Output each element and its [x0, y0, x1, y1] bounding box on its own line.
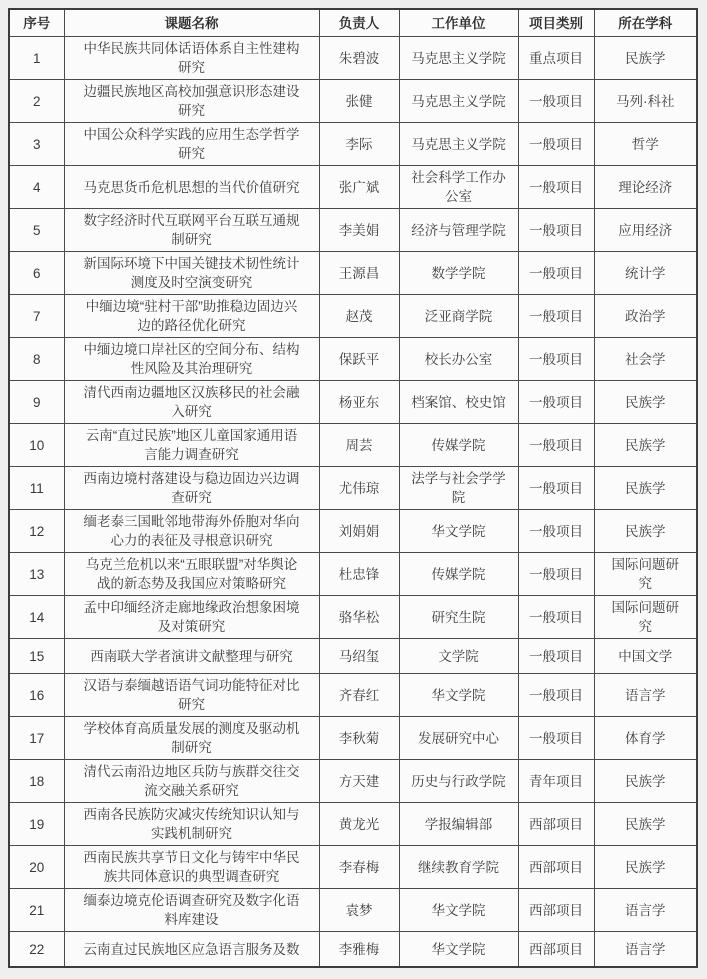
cell-no: 6: [9, 252, 64, 295]
cell-unit: 马克思主义学院: [399, 37, 518, 80]
cell-category: 西部项目: [518, 889, 594, 932]
table-row: 14孟中印缅经济走廊地缘政治想象困境及对策研究骆华松研究生院一般项目国际问题研究: [9, 596, 697, 639]
column-header: 负责人: [319, 9, 399, 37]
table-row: 15西南联大学者演讲文献整理与研究马绍玺文学院一般项目中国文学: [9, 639, 697, 674]
cell-discipline: 民族学: [594, 510, 697, 553]
cell-no: 14: [9, 596, 64, 639]
cell-unit: 学报编辑部: [399, 803, 518, 846]
cell-no: 1: [9, 37, 64, 80]
cell-title: 乌克兰危机以来“五眼联盟”对华舆论战的新态势及我国应对策略研究: [64, 553, 319, 596]
cell-title: 清代西南边疆地区汉族移民的社会融入研究: [64, 381, 319, 424]
table-row: 18清代云南沿边地区兵防与族群交往交流交融关系研究方天建历史与行政学院青年项目民…: [9, 760, 697, 803]
cell-discipline: 民族学: [594, 803, 697, 846]
cell-leader: 李春梅: [319, 846, 399, 889]
cell-title: 缅老泰三国毗邻地带海外侨胞对华向心力的表征及寻根意识研究: [64, 510, 319, 553]
cell-category: 一般项目: [518, 639, 594, 674]
cell-leader: 周芸: [319, 424, 399, 467]
cell-leader: 黄龙光: [319, 803, 399, 846]
table-row: 4马克思货币危机思想的当代价值研究张广斌社会科学工作办公室一般项目理论经济: [9, 166, 697, 209]
cell-no: 11: [9, 467, 64, 510]
cell-category: 重点项目: [518, 37, 594, 80]
cell-leader: 张广斌: [319, 166, 399, 209]
cell-leader: 李美娟: [319, 209, 399, 252]
cell-category: 一般项目: [518, 209, 594, 252]
cell-unit: 马克思主义学院: [399, 80, 518, 123]
projects-table: 序号课题名称负责人工作单位项目类别所在学科 1中华民族共同体话语体系自主性建构研…: [8, 8, 698, 968]
cell-leader: 李雅梅: [319, 932, 399, 968]
table-row: 22云南直过民族地区应急语言服务及数李雅梅华文学院西部项目语言学: [9, 932, 697, 968]
cell-unit: 文学院: [399, 639, 518, 674]
cell-unit: 发展研究中心: [399, 717, 518, 760]
cell-category: 西部项目: [518, 803, 594, 846]
cell-title: 学校体育高质量发展的测度及驱动机制研究: [64, 717, 319, 760]
cell-no: 20: [9, 846, 64, 889]
table-row: 5数字经济时代互联网平台互联互通规制研究李美娟经济与管理学院一般项目应用经济: [9, 209, 697, 252]
cell-unit: 华文学院: [399, 510, 518, 553]
cell-no: 10: [9, 424, 64, 467]
cell-category: 一般项目: [518, 424, 594, 467]
table-body: 1中华民族共同体话语体系自主性建构研究朱碧波马克思主义学院重点项目民族学2边疆民…: [9, 37, 697, 968]
cell-leader: 李际: [319, 123, 399, 166]
cell-category: 一般项目: [518, 80, 594, 123]
cell-leader: 杨亚东: [319, 381, 399, 424]
cell-discipline: 哲学: [594, 123, 697, 166]
cell-discipline: 民族学: [594, 424, 697, 467]
table-row: 6新国际环境下中国关键技术韧性统计测度及时空演变研究王源昌数学学院一般项目统计学: [9, 252, 697, 295]
cell-no: 5: [9, 209, 64, 252]
cell-discipline: 语言学: [594, 889, 697, 932]
column-header: 所在学科: [594, 9, 697, 37]
cell-discipline: 中国文学: [594, 639, 697, 674]
cell-no: 7: [9, 295, 64, 338]
cell-unit: 华文学院: [399, 674, 518, 717]
column-header: 课题名称: [64, 9, 319, 37]
cell-leader: 李秋菊: [319, 717, 399, 760]
cell-unit: 社会科学工作办公室: [399, 166, 518, 209]
cell-discipline: 语言学: [594, 674, 697, 717]
cell-title: 数字经济时代互联网平台互联互通规制研究: [64, 209, 319, 252]
cell-category: 一般项目: [518, 596, 594, 639]
cell-no: 13: [9, 553, 64, 596]
table-row: 20西南民族共享节日文化与铸牢中华民族共同体意识的典型调查研究李春梅继续教育学院…: [9, 846, 697, 889]
cell-unit: 华文学院: [399, 889, 518, 932]
cell-leader: 骆华松: [319, 596, 399, 639]
table-row: 21缅泰边境克伦语调查研究及数字化语料库建设袁梦华文学院西部项目语言学: [9, 889, 697, 932]
cell-title: 云南“直过民族”地区儿童国家通用语言能力调查研究: [64, 424, 319, 467]
cell-leader: 马绍玺: [319, 639, 399, 674]
cell-category: 一般项目: [518, 381, 594, 424]
cell-category: 一般项目: [518, 295, 594, 338]
cell-discipline: 民族学: [594, 846, 697, 889]
cell-unit: 历史与行政学院: [399, 760, 518, 803]
table-row: 9清代西南边疆地区汉族移民的社会融入研究杨亚东档案馆、校史馆一般项目民族学: [9, 381, 697, 424]
cell-unit: 法学与社会学学院: [399, 467, 518, 510]
cell-discipline: 应用经济: [594, 209, 697, 252]
cell-unit: 传媒学院: [399, 553, 518, 596]
cell-unit: 档案馆、校史馆: [399, 381, 518, 424]
table-row: 8中缅边境口岸社区的空间分布、结构性风险及其治理研究保跃平校长办公室一般项目社会…: [9, 338, 697, 381]
cell-no: 17: [9, 717, 64, 760]
cell-discipline: 民族学: [594, 760, 697, 803]
cell-leader: 王源昌: [319, 252, 399, 295]
table-row: 16汉语与泰缅越语语气词功能特征对比研究齐春红华文学院一般项目语言学: [9, 674, 697, 717]
cell-unit: 泛亚商学院: [399, 295, 518, 338]
cell-leader: 杜忠锋: [319, 553, 399, 596]
cell-title: 中华民族共同体话语体系自主性建构研究: [64, 37, 319, 80]
cell-no: 16: [9, 674, 64, 717]
column-header: 工作单位: [399, 9, 518, 37]
column-header: 序号: [9, 9, 64, 37]
table-row: 17学校体育高质量发展的测度及驱动机制研究李秋菊发展研究中心一般项目体育学: [9, 717, 697, 760]
cell-unit: 数学学院: [399, 252, 518, 295]
cell-category: 青年项目: [518, 760, 594, 803]
cell-unit: 华文学院: [399, 932, 518, 968]
cell-title: 云南直过民族地区应急语言服务及数: [64, 932, 319, 968]
cell-title: 西南各民族防灾减灾传统知识认知与实践机制研究: [64, 803, 319, 846]
cell-no: 22: [9, 932, 64, 968]
cell-category: 一般项目: [518, 674, 594, 717]
cell-title: 马克思货币危机思想的当代价值研究: [64, 166, 319, 209]
cell-title: 边疆民族地区高校加强意识形态建设研究: [64, 80, 319, 123]
cell-no: 18: [9, 760, 64, 803]
table-row: 19西南各民族防灾减灾传统知识认知与实践机制研究黄龙光学报编辑部西部项目民族学: [9, 803, 697, 846]
cell-unit: 校长办公室: [399, 338, 518, 381]
cell-no: 9: [9, 381, 64, 424]
cell-leader: 朱碧波: [319, 37, 399, 80]
cell-discipline: 国际问题研究: [594, 553, 697, 596]
cell-title: 孟中印缅经济走廊地缘政治想象困境及对策研究: [64, 596, 319, 639]
cell-no: 19: [9, 803, 64, 846]
table-row: 3中国公众科学实践的应用生态学哲学研究李际马克思主义学院一般项目哲学: [9, 123, 697, 166]
cell-leader: 赵茂: [319, 295, 399, 338]
cell-no: 4: [9, 166, 64, 209]
cell-no: 8: [9, 338, 64, 381]
cell-leader: 方天建: [319, 760, 399, 803]
cell-discipline: 统计学: [594, 252, 697, 295]
cell-title: 西南民族共享节日文化与铸牢中华民族共同体意识的典型调查研究: [64, 846, 319, 889]
cell-title: 汉语与泰缅越语语气词功能特征对比研究: [64, 674, 319, 717]
cell-discipline: 理论经济: [594, 166, 697, 209]
cell-discipline: 民族学: [594, 381, 697, 424]
cell-leader: 保跃平: [319, 338, 399, 381]
cell-title: 清代云南沿边地区兵防与族群交往交流交融关系研究: [64, 760, 319, 803]
cell-unit: 马克思主义学院: [399, 123, 518, 166]
cell-no: 3: [9, 123, 64, 166]
cell-leader: 张健: [319, 80, 399, 123]
cell-unit: 继续教育学院: [399, 846, 518, 889]
cell-category: 一般项目: [518, 553, 594, 596]
cell-leader: 刘娟娟: [319, 510, 399, 553]
table-row: 11西南边境村落建设与稳边固边兴边调查研究尤伟琼法学与社会学学院一般项目民族学: [9, 467, 697, 510]
table-row: 2边疆民族地区高校加强意识形态建设研究张健马克思主义学院一般项目马列·科社: [9, 80, 697, 123]
column-header: 项目类别: [518, 9, 594, 37]
cell-category: 一般项目: [518, 510, 594, 553]
cell-unit: 研究生院: [399, 596, 518, 639]
cell-unit: 传媒学院: [399, 424, 518, 467]
cell-leader: 尤伟琼: [319, 467, 399, 510]
cell-title: 缅泰边境克伦语调查研究及数字化语料库建设: [64, 889, 319, 932]
cell-title: 新国际环境下中国关键技术韧性统计测度及时空演变研究: [64, 252, 319, 295]
cell-discipline: 民族学: [594, 37, 697, 80]
cell-discipline: 政治学: [594, 295, 697, 338]
table-row: 1中华民族共同体话语体系自主性建构研究朱碧波马克思主义学院重点项目民族学: [9, 37, 697, 80]
cell-category: 一般项目: [518, 717, 594, 760]
cell-discipline: 国际问题研究: [594, 596, 697, 639]
cell-title: 西南联大学者演讲文献整理与研究: [64, 639, 319, 674]
cell-leader: 齐春红: [319, 674, 399, 717]
cell-title: 中缅边境“驻村干部”助推稳边固边兴边的路径优化研究: [64, 295, 319, 338]
cell-title: 西南边境村落建设与稳边固边兴边调查研究: [64, 467, 319, 510]
cell-no: 21: [9, 889, 64, 932]
cell-category: 一般项目: [518, 166, 594, 209]
cell-unit: 经济与管理学院: [399, 209, 518, 252]
cell-category: 一般项目: [518, 123, 594, 166]
cell-discipline: 体育学: [594, 717, 697, 760]
cell-leader: 袁梦: [319, 889, 399, 932]
cell-category: 西部项目: [518, 932, 594, 968]
document-page: 序号课题名称负责人工作单位项目类别所在学科 1中华民族共同体话语体系自主性建构研…: [8, 8, 698, 968]
table-row: 12缅老泰三国毗邻地带海外侨胞对华向心力的表征及寻根意识研究刘娟娟华文学院一般项…: [9, 510, 697, 553]
cell-discipline: 语言学: [594, 932, 697, 968]
cell-category: 一般项目: [518, 338, 594, 381]
cell-discipline: 民族学: [594, 467, 697, 510]
cell-category: 一般项目: [518, 252, 594, 295]
cell-no: 2: [9, 80, 64, 123]
cell-category: 西部项目: [518, 846, 594, 889]
cell-discipline: 社会学: [594, 338, 697, 381]
cell-discipline: 马列·科社: [594, 80, 697, 123]
cell-title: 中国公众科学实践的应用生态学哲学研究: [64, 123, 319, 166]
cell-no: 15: [9, 639, 64, 674]
cell-no: 12: [9, 510, 64, 553]
cell-title: 中缅边境口岸社区的空间分布、结构性风险及其治理研究: [64, 338, 319, 381]
table-row: 10云南“直过民族”地区儿童国家通用语言能力调查研究周芸传媒学院一般项目民族学: [9, 424, 697, 467]
cell-category: 一般项目: [518, 467, 594, 510]
header-row: 序号课题名称负责人工作单位项目类别所在学科: [9, 9, 697, 37]
table-row: 7中缅边境“驻村干部”助推稳边固边兴边的路径优化研究赵茂泛亚商学院一般项目政治学: [9, 295, 697, 338]
table-row: 13乌克兰危机以来“五眼联盟”对华舆论战的新态势及我国应对策略研究杜忠锋传媒学院…: [9, 553, 697, 596]
